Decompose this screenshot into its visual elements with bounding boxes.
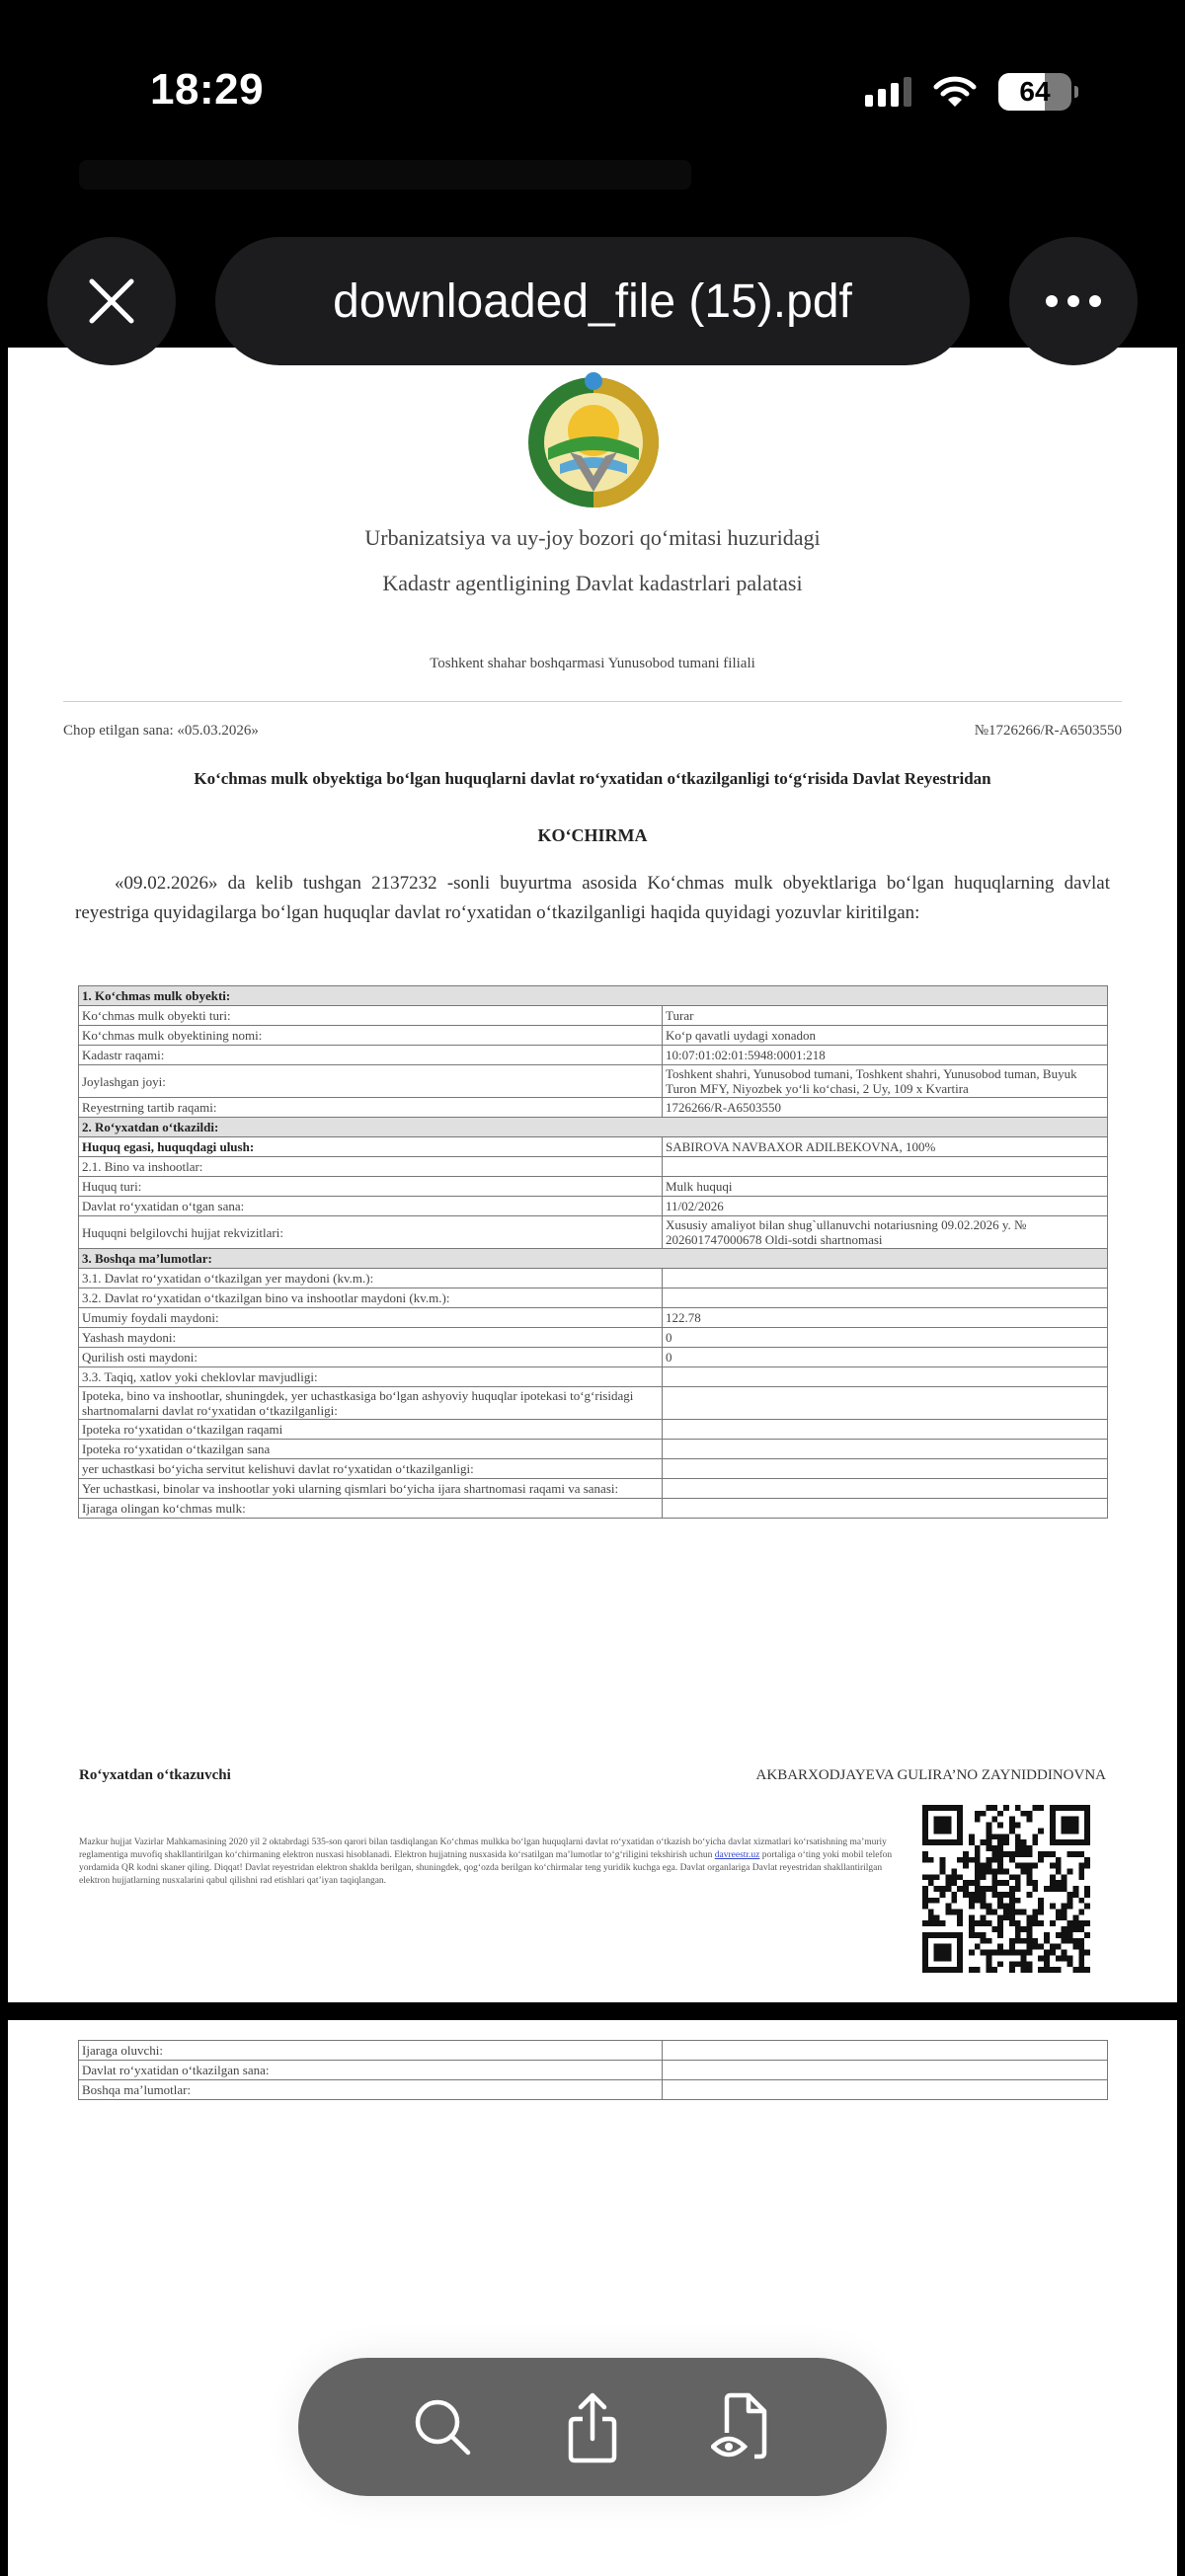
org-line-1: Urbanizatsiya va uy-joy bozori qo‘mitasi… — [8, 525, 1177, 551]
row-value: 0 — [663, 1328, 1108, 1348]
document-subtitle: KO‘CHIRMA — [8, 825, 1177, 846]
row-value: Toshkent shahri, Yunusobod tumani, Toshk… — [663, 1065, 1108, 1098]
row-label: Umumiy foydali maydoni: — [79, 1308, 663, 1328]
row-label: 2. Ro‘yxatdan o‘tkazildi: — [79, 1118, 1108, 1137]
row-label: yer uchastkasi bo‘yicha servitut kelishu… — [79, 1459, 663, 1479]
row-value — [663, 2041, 1108, 2061]
notification-ghost — [79, 160, 691, 190]
table-row: Ipoteka ro‘yxatidan o‘tkazilgan sana — [79, 1440, 1108, 1459]
table-row: Ijaraga olingan ko‘chmas mulk: — [79, 1499, 1108, 1519]
row-value — [663, 1288, 1108, 1308]
print-date: Chop etilgan sana: «05.03.2026» — [63, 723, 259, 740]
share-button[interactable] — [553, 2387, 632, 2466]
row-value: 10:07:01:02:01:5948:0001:218 — [663, 1046, 1108, 1065]
row-label: 3.1. Davlat ro‘yxatidan o‘tkazilgan yer … — [79, 1269, 663, 1288]
row-label: Davlat ro‘yxatidan o‘tkazilgan sana: — [79, 2061, 663, 2080]
search-icon — [411, 2395, 474, 2459]
table-row: Ijaraga oluvchi: — [79, 2041, 1108, 2061]
row-label: 2.1. Bino va inshootlar: — [79, 1157, 663, 1177]
search-button[interactable] — [403, 2387, 482, 2466]
divider — [63, 701, 1122, 702]
more-button[interactable] — [1009, 237, 1138, 365]
table-row: Ko‘chmas mulk obyekti turi:Turar — [79, 1006, 1108, 1026]
table-row: Yashash maydoni:0 — [79, 1328, 1108, 1348]
row-value: 0 — [663, 1348, 1108, 1367]
table-row: Ipoteka ro‘yxatidan o‘tkazilgan raqami — [79, 1420, 1108, 1440]
row-label: Ijaraga oluvchi: — [79, 2041, 663, 2061]
branch-name: Toshkent shahar boshqarmasi Yunusobod tu… — [8, 656, 1177, 672]
table-row: Reyestrning tartib raqami:1726266/R-A650… — [79, 1098, 1108, 1118]
table-row: Yer uchastkasi, binolar va inshootlar yo… — [79, 1479, 1108, 1499]
verification-link[interactable]: davreestr.uz — [715, 1850, 760, 1860]
row-label: 3.3. Taqiq, xatlov yoki cheklovlar mavju… — [79, 1367, 663, 1387]
registry-table-continued: Ijaraga oluvchi:Davlat ro‘yxatidan o‘tka… — [78, 2040, 1108, 2100]
battery-icon: 64 — [998, 73, 1071, 111]
row-value — [663, 2080, 1108, 2100]
document-title: Ko‘chmas mulk obyektiga bo‘lgan huquqlar… — [126, 766, 1059, 792]
table-section-row: 2. Ro‘yxatdan o‘tkazildi: — [79, 1118, 1108, 1137]
table-row: yer uchastkasi bo‘yicha servitut kelishu… — [79, 1459, 1108, 1479]
table-row: Umumiy foydali maydoni:122.78 — [79, 1308, 1108, 1328]
status-icons: 64 — [865, 73, 1078, 111]
row-value — [663, 1157, 1108, 1177]
table-row: 3.2. Davlat ro‘yxatidan o‘tkazilgan bino… — [79, 1288, 1108, 1308]
row-label: Ipoteka ro‘yxatidan o‘tkazilgan sana — [79, 1440, 663, 1459]
row-label: Ko‘chmas mulk obyekti turi: — [79, 1006, 663, 1026]
row-value: Mulk huquqi — [663, 1177, 1108, 1197]
table-section-row: 3. Boshqa ma’lumotlar: — [79, 1249, 1108, 1269]
status-time: 18:29 — [150, 65, 264, 115]
row-value: Ko‘p qavatli uydagi xonadon — [663, 1026, 1108, 1046]
row-value — [663, 1479, 1108, 1499]
row-value: SABIROVA NAVBAXOR ADILBEKOVNA, 100% — [663, 1137, 1108, 1157]
close-icon — [86, 275, 137, 327]
row-value — [663, 1499, 1108, 1519]
table-section-row: 1. Ko‘chmas mulk obyekti: — [79, 986, 1108, 1006]
row-label: Reyestrning tartib raqami: — [79, 1098, 663, 1118]
table-row: Qurilish osti maydoni:0 — [79, 1348, 1108, 1367]
intro-paragraph: «09.02.2026» da kelib tushgan 2137232 -s… — [75, 869, 1110, 928]
row-value — [663, 2061, 1108, 2080]
row-value — [663, 1440, 1108, 1459]
registry-table: 1. Ko‘chmas mulk obyekti:Ko‘chmas mulk o… — [78, 985, 1108, 1519]
share-icon — [561, 2389, 624, 2464]
table-row: 3.3. Taqiq, xatlov yoki cheklovlar mavju… — [79, 1367, 1108, 1387]
row-value: 122.78 — [663, 1308, 1108, 1328]
row-label: Yer uchastkasi, binolar va inshootlar yo… — [79, 1479, 663, 1499]
more-icon — [1044, 294, 1103, 308]
table-row: Ipoteka, bino va inshootlar, shuningdek,… — [79, 1387, 1108, 1420]
row-value — [663, 1387, 1108, 1420]
file-title-pill[interactable]: downloaded_file (15).pdf — [215, 237, 970, 365]
row-label: Ko‘chmas mulk obyektining nomi: — [79, 1026, 663, 1046]
row-label: Huquq egasi, huquqdagi ulush: — [79, 1137, 663, 1157]
row-label: Huquqni belgilovchi hujjat rekvizitlari: — [79, 1216, 663, 1249]
row-value: 1726266/R-A6503550 — [663, 1098, 1108, 1118]
document-eye-icon — [711, 2389, 774, 2464]
row-label: Qurilish osti maydoni: — [79, 1348, 663, 1367]
row-label: Davlat ro‘yxatidan o‘tgan sana: — [79, 1197, 663, 1216]
row-label: Huquq turi: — [79, 1177, 663, 1197]
table-row: 3.1. Davlat ro‘yxatidan o‘tkazilgan yer … — [79, 1269, 1108, 1288]
document-number: №1726266/R-A6503550 — [975, 723, 1122, 740]
row-label: Boshqa ma’lumotlar: — [79, 2080, 663, 2100]
table-row: Boshqa ma’lumotlar: — [79, 2080, 1108, 2100]
table-row: Huquqni belgilovchi hujjat rekvizitlari:… — [79, 1216, 1108, 1249]
table-row: 2.1. Bino va inshootlar: — [79, 1157, 1108, 1177]
row-label: Ipoteka ro‘yxatidan o‘tkazilgan raqami — [79, 1420, 663, 1440]
signer-role: Ro‘yxatdan o‘tkazuvchi — [79, 1767, 231, 1784]
pdf-page-1[interactable]: Urbanizatsiya va uy-joy bozori qo‘mitasi… — [8, 348, 1177, 2002]
row-label: Kadastr raqami: — [79, 1046, 663, 1065]
table-row: Huquq turi:Mulk huquqi — [79, 1177, 1108, 1197]
row-value: Xususiy amaliyot bilan shug`ullanuvchi n… — [663, 1216, 1108, 1249]
row-label: 3.2. Davlat ro‘yxatidan o‘tkazilgan bino… — [79, 1288, 663, 1308]
row-label: 3. Boshqa ma’lumotlar: — [79, 1249, 1108, 1269]
table-row: Ko‘chmas mulk obyektining nomi:Ko‘p qava… — [79, 1026, 1108, 1046]
battery-percent: 64 — [1019, 76, 1050, 108]
legal-footnote: Mazkur hujjat Vazirlar Mahkamasining 202… — [79, 1836, 908, 1888]
state-emblem-icon — [520, 365, 667, 511]
table-row: Kadastr raqami:10:07:01:02:01:5948:0001:… — [79, 1046, 1108, 1065]
org-line-2: Kadastr agentligining Davlat kadastrlari… — [8, 571, 1177, 596]
table-row: Davlat ro‘yxatidan o‘tkazilgan sana: — [79, 2061, 1108, 2080]
row-value: Turar — [663, 1006, 1108, 1026]
row-value: 11/02/2026 — [663, 1197, 1108, 1216]
row-label: Ipoteka, bino va inshootlar, shuningdek,… — [79, 1387, 663, 1420]
preview-button[interactable] — [703, 2387, 782, 2466]
row-label: Joylashgan joyi: — [79, 1065, 663, 1098]
close-button[interactable] — [47, 237, 176, 365]
qr-code-icon — [922, 1805, 1090, 1973]
row-value — [663, 1269, 1108, 1288]
row-label: Ijaraga olingan ko‘chmas mulk: — [79, 1499, 663, 1519]
wifi-icon — [933, 75, 977, 109]
row-label: Yashash maydoni: — [79, 1328, 663, 1348]
table-row: Joylashgan joyi:Toshkent shahri, Yunusob… — [79, 1065, 1108, 1098]
cellular-signal-icon — [865, 77, 911, 107]
table-row: Huquq egasi, huquqdagi ulush:SABIROVA NA… — [79, 1137, 1108, 1157]
row-value — [663, 1367, 1108, 1387]
row-value — [663, 1420, 1108, 1440]
bottom-toolbar — [298, 2358, 887, 2496]
signer-name: AKBARXODJAYEVA GULIRA’NO ZAYNIDDINOVNA — [756, 1767, 1106, 1784]
file-title: downloaded_file (15).pdf — [333, 274, 852, 329]
row-label: 1. Ko‘chmas mulk obyekti: — [79, 986, 1108, 1006]
table-row: Davlat ro‘yxatidan o‘tgan sana:11/02/202… — [79, 1197, 1108, 1216]
row-value — [663, 1459, 1108, 1479]
